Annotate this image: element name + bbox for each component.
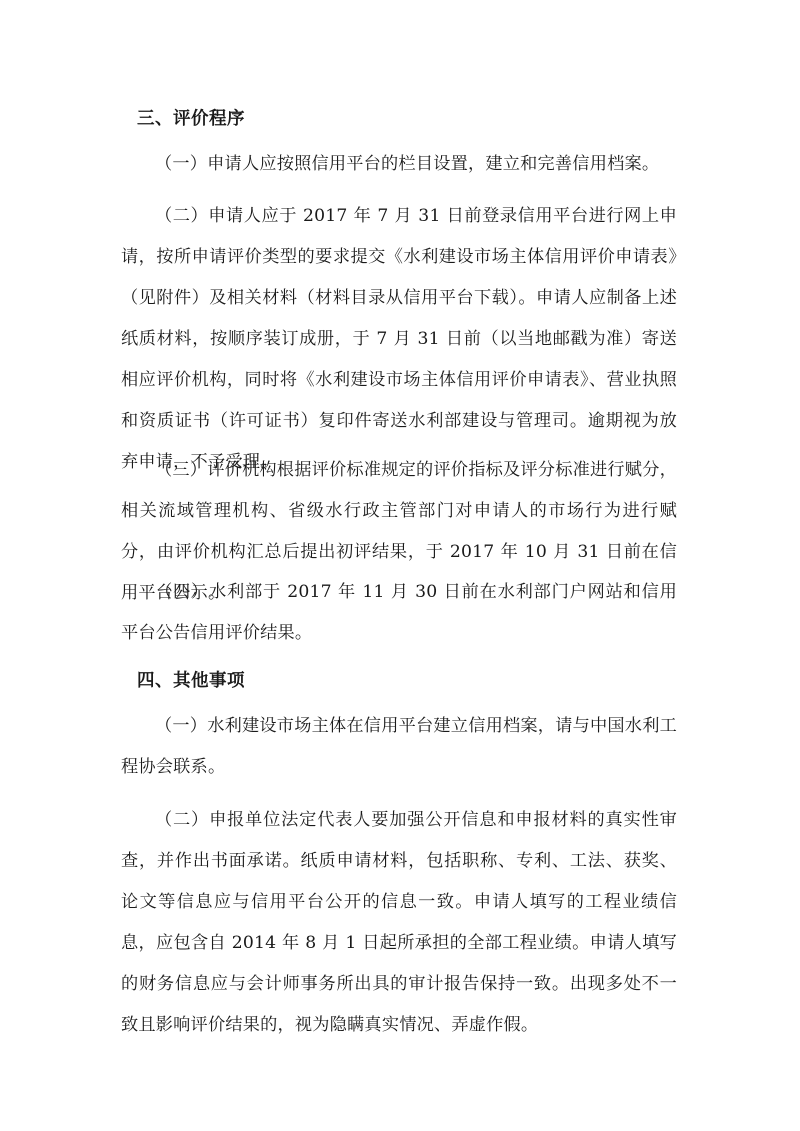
paragraph-4-2: （二）申报单位法定代表人要加强公开信息和申报材料的真实性审查，并作出书面承诺。纸… — [121, 800, 677, 1046]
paragraph-3-2: （二）申请人应于 2017 年 7 月 31 日前登录信用平台进行网上申请，按所… — [121, 196, 677, 483]
section-heading-other-matters: 四、其他事项 — [137, 667, 245, 692]
paragraph-3-4: （四）水利部于 2017 年 11 月 30 日前在水利部门户网站和信用平台公告… — [121, 572, 677, 654]
section-heading-evaluation-procedure: 三、评价程序 — [137, 105, 245, 130]
paragraph-4-1: （一）水利建设市场主体在信用平台建立信用档案，请与中国水利工程协会联系。 — [121, 706, 677, 788]
paragraph-3-1: （一）申请人应按照信用平台的栏目设置，建立和完善信用档案。 — [121, 144, 677, 185]
